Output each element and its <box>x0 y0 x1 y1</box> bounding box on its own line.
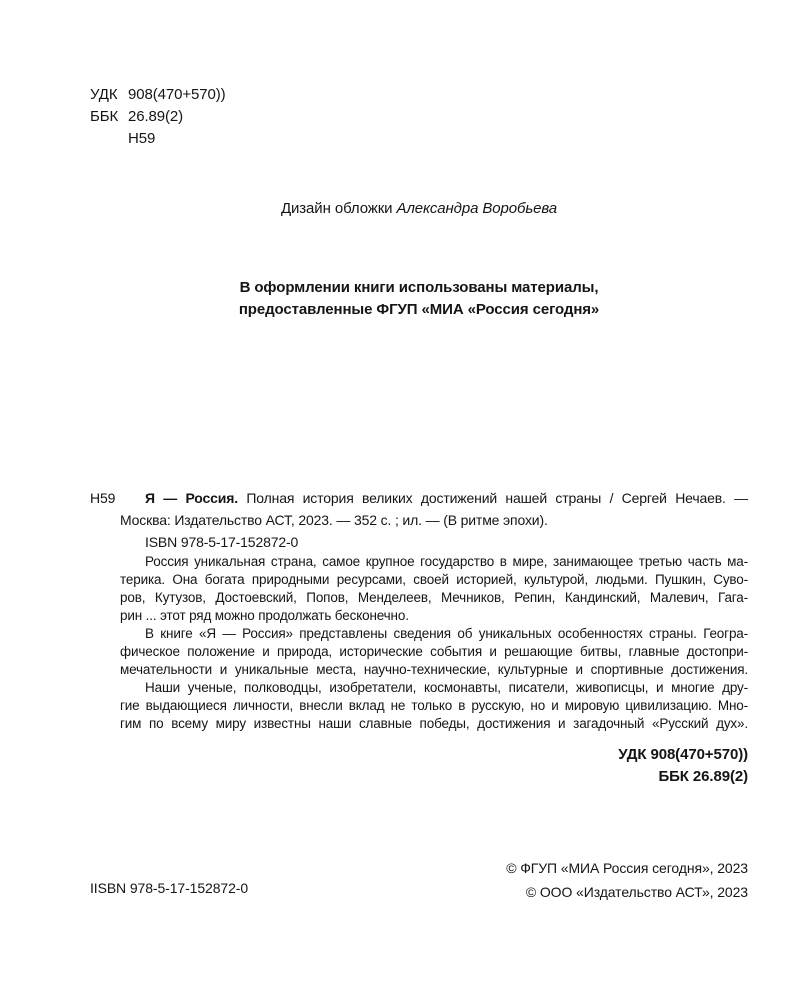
udk-row: УДК908(470+570)) <box>90 84 226 106</box>
materials-note: В оформлении книги использованы материал… <box>90 277 748 321</box>
copyright-block: © ФГУП «МИА Россия сегодня», 2023 © ООО … <box>506 856 748 904</box>
bottom-classification-codes: УДК 908(470+570)) ББК 26.89(2) <box>618 744 748 788</box>
book-title: Я — Россия. <box>145 490 238 506</box>
annotation-line: В книге «Я — Россия» представлены сведен… <box>120 625 748 643</box>
catalog-entry: Н59 Я — Россия. Полная история великих д… <box>120 487 748 553</box>
cover-designer-name: Александра Воробьева <box>397 200 558 217</box>
annotation-line: рин ... этот ряд можно продолжать бескон… <box>120 607 748 625</box>
annotation-line: фическое положение и природа, историческ… <box>120 643 748 661</box>
annotation-line: Россия уникальная страна, самое крупное … <box>120 553 748 571</box>
bbk-value: 26.89(2) <box>128 108 183 125</box>
annotation-line: гим по всему миру известны наши славные … <box>120 715 748 733</box>
annotation-line: ров, Кутузов, Достоевский, Попов, Мендел… <box>120 589 748 607</box>
materials-note-line2: предоставленные ФГУП «МИА «Россия сегодн… <box>90 299 748 321</box>
annotation-line: гие выдающиеся личности, внесли вклад не… <box>120 697 748 715</box>
materials-note-line1: В оформлении книги использованы материал… <box>90 277 748 299</box>
copyright-ast: © ООО «Издательство АСТ», 2023 <box>506 880 748 904</box>
catalog-author-code: Н59 <box>90 487 115 509</box>
catalog-line-2: Москва: Издательство АСТ, 2023. — 352 с.… <box>120 509 748 531</box>
author-code: Н59 <box>128 130 155 147</box>
bottom-udk: УДК 908(470+570)) <box>618 744 748 766</box>
annotation-line: Наши ученые, полководцы, изобретатели, к… <box>120 679 748 697</box>
udk-label: УДК <box>90 84 128 106</box>
author-code-row: Н59 <box>90 128 226 150</box>
bottom-bbk: ББК 26.89(2) <box>618 766 748 788</box>
annotation-line: терика. Она богата природными ресурсами,… <box>120 571 748 589</box>
udk-value: 908(470+570)) <box>128 86 226 103</box>
bbk-row: ББК26.89(2) <box>90 106 226 128</box>
cover-design-prefix: Дизайн обложки <box>281 200 393 217</box>
catalog-line-1: Н59 Я — Россия. Полная история великих д… <box>120 487 748 509</box>
footer-isbn: IISBN 978-5-17-152872-0 <box>90 880 248 896</box>
copyright-mia: © ФГУП «МИА Россия сегодня», 2023 <box>506 856 748 880</box>
bbk-label: ББК <box>90 106 128 128</box>
annotation-line: мечательности и уникальные места, научно… <box>120 661 748 679</box>
colophon-page: УДК908(470+570)) ББК26.89(2) Н59 Дизайн … <box>0 0 800 1000</box>
classification-codes: УДК908(470+570)) ББК26.89(2) Н59 <box>90 84 226 150</box>
catalog-line-1-rest: Полная история великих достижений нашей … <box>246 490 748 506</box>
catalog-isbn: ISBN 978-5-17-152872-0 <box>120 531 748 553</box>
annotation: Россия уникальная страна, самое крупное … <box>120 553 748 733</box>
cover-design-credit: Дизайн обложки Александра Воробьева <box>90 198 748 220</box>
